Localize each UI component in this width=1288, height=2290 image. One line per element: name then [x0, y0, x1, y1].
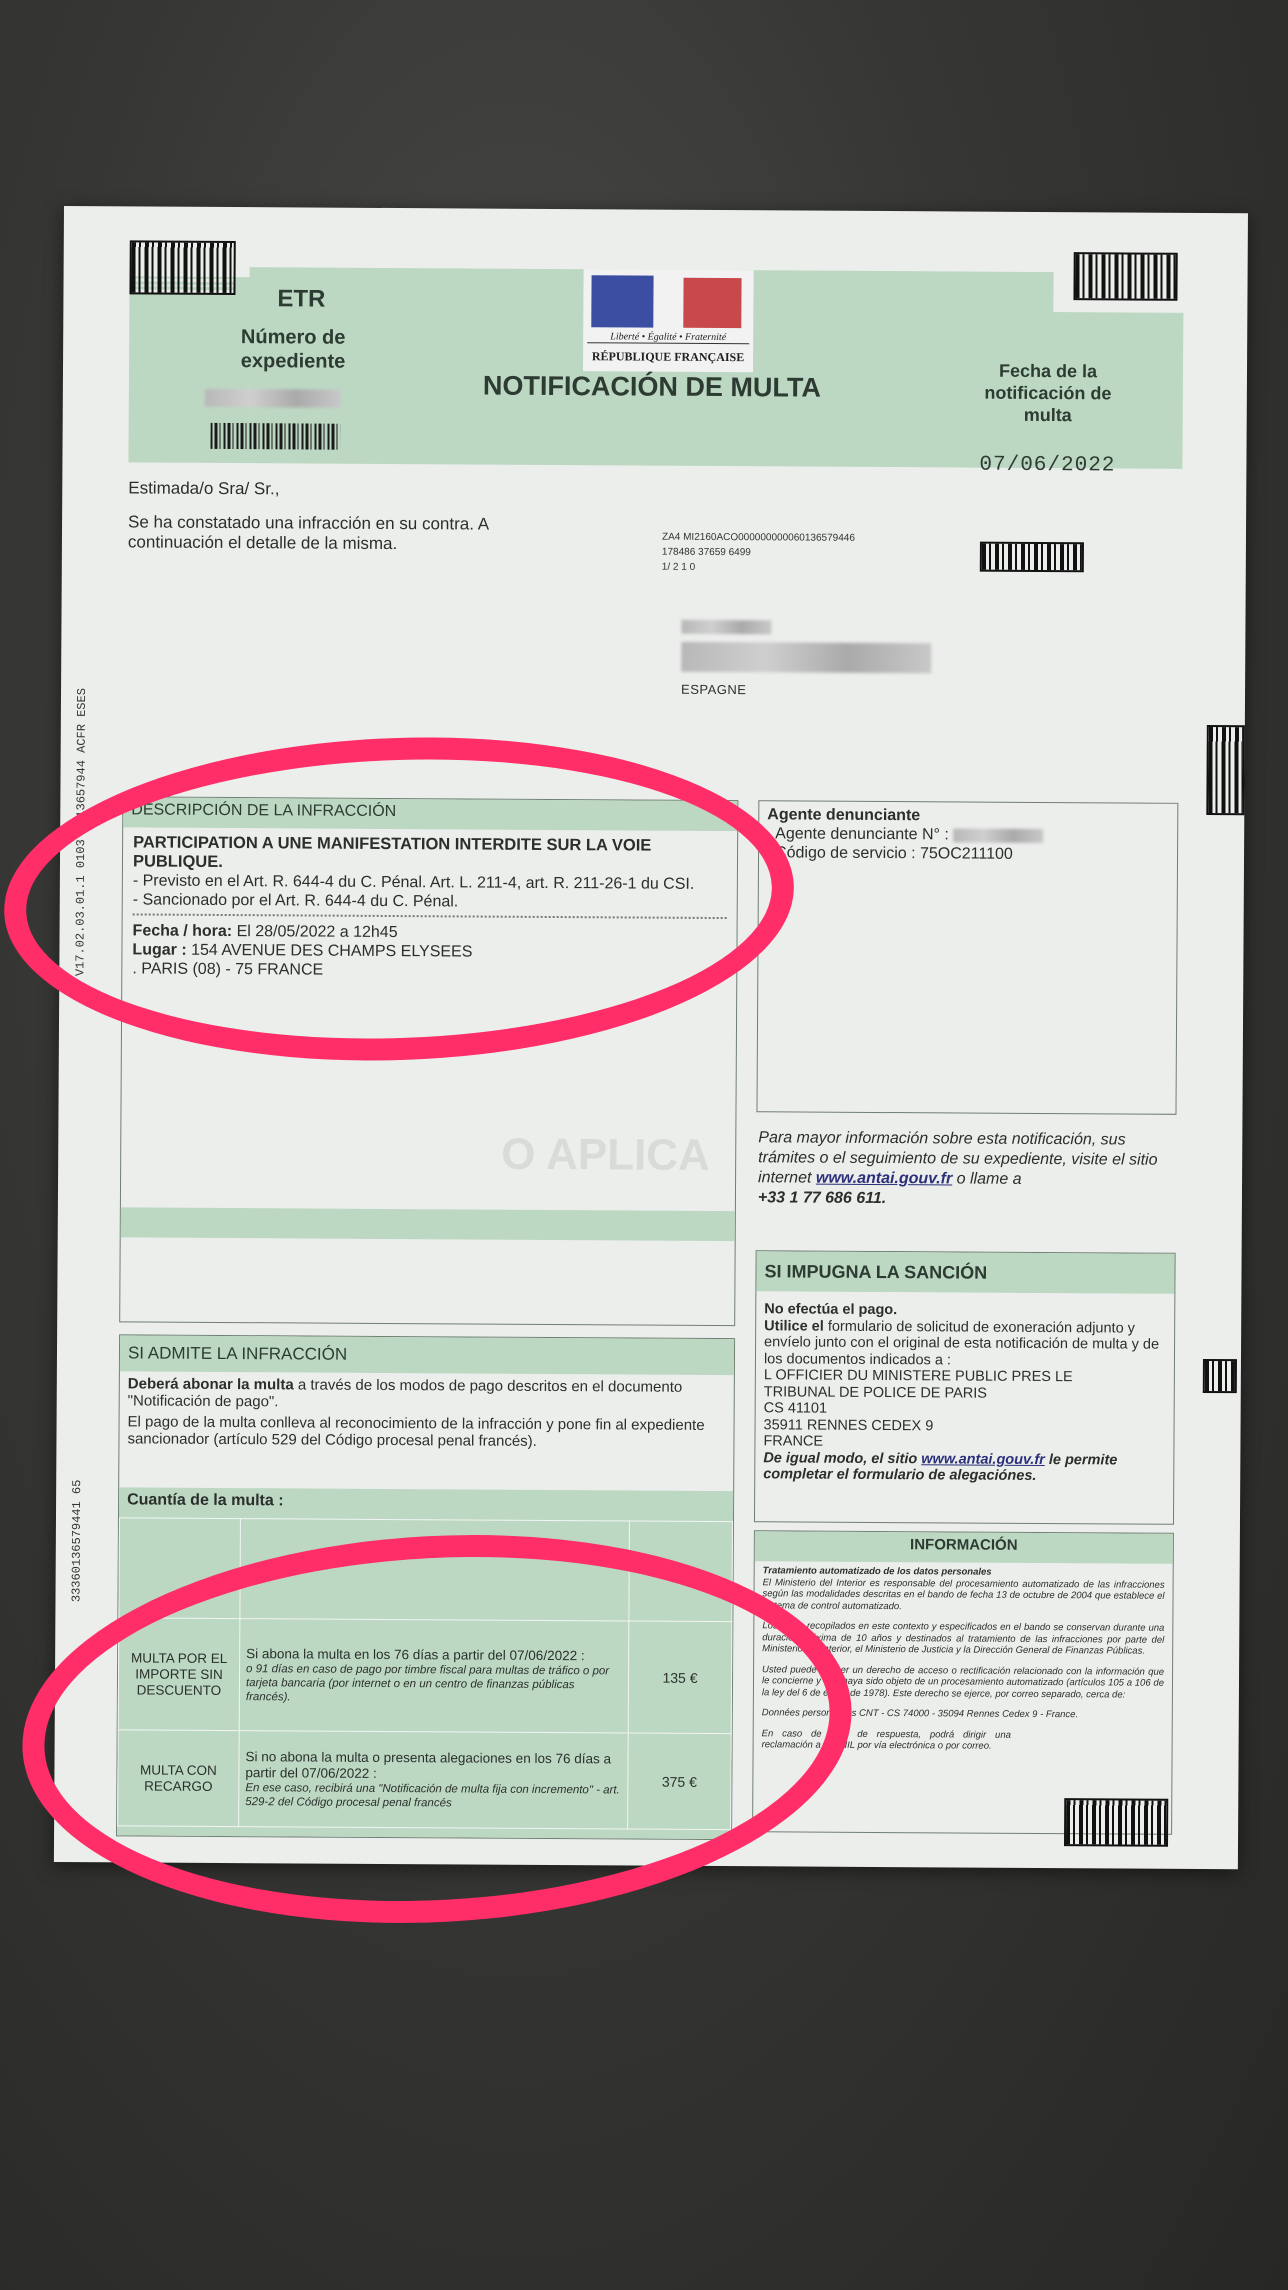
admit-heading: SI ADMITE LA INFRACCIÓN — [120, 1335, 734, 1375]
fine-condition: Si no abona la multa o presenta alegacio… — [245, 1749, 621, 1783]
flag-blue — [591, 275, 653, 327]
fine-amount-heading: Cuantía de la multa : — [119, 1487, 733, 1521]
side-code: V17.02.03.01.1 0103 6013657944 ACFR ESES — [73, 688, 89, 976]
infraction-description-box: DESCRIPCIÓN DE LA INFRACCIÓN PARTICIPATI… — [119, 796, 738, 1326]
table-row: MULTA CON RECARGO Si no abona la multa o… — [118, 1730, 732, 1830]
datetime-value: El 28/05/2022 a 12h45 — [237, 923, 398, 941]
contest-address-line: L OFFICIER DU MINISTERE PUBLIC PRES LE — [764, 1367, 1166, 1386]
admit-infraction-box: SI ADMITE LA INFRACCIÓN Deberá abonar la… — [116, 1334, 735, 1840]
information-paragraph: Los datos recopilados en este contexto y… — [762, 1620, 1164, 1657]
fine-label: MULTA POR EL IMPORTE SIN DESCUENTO — [118, 1618, 240, 1731]
redacted-file-number — [205, 389, 341, 408]
datetime-label: Fecha / hora: — [133, 922, 233, 940]
section-bar — [121, 1207, 735, 1241]
side-code: 33360136579441 65 — [69, 1480, 84, 1603]
fine-amount-section: Cuantía de la multa : MULTA POR EL IMPOR… — [117, 1487, 733, 1839]
file-number-label: Número de expediente — [223, 325, 363, 374]
fine-amount: 135 € — [628, 1621, 732, 1734]
place-label: Lugar : — [132, 941, 186, 958]
offense-title: PARTICIPATION A UNE MANIFESTATION INTERD… — [133, 833, 727, 875]
sanction-basis: - Sancionado por el Art. R. 644-4 du C. … — [133, 890, 727, 913]
redacted-address — [681, 642, 931, 674]
redacted-recipient — [681, 620, 771, 635]
fine-note: o 91 días en caso de pago por timbre fis… — [246, 1662, 622, 1706]
reference-line: 1/ 2 1 0 — [662, 560, 855, 576]
table-row: MULTA POR EL IMPORTE SIN DESCUENTO Si ab… — [118, 1618, 732, 1734]
phone-number: +33 1 77 686 611. — [758, 1189, 886, 1207]
datamatrix-code — [980, 542, 1084, 573]
datamatrix-code — [1073, 252, 1177, 301]
agent-heading: Agente denunciante — [767, 805, 1169, 826]
datamatrix-code — [1206, 725, 1245, 815]
agent-number: . Agente denunciante N° : — [767, 824, 1169, 845]
fine-amount-table: MULTA POR EL IMPORTE SIN DESCUENTO Si ab… — [117, 1517, 733, 1830]
antai-link[interactable]: www.antai.gouv.fr — [816, 1170, 952, 1188]
use-label: Utilice el — [764, 1318, 824, 1334]
no-pay-note: No efectúa el pago. — [764, 1301, 1166, 1320]
intro-text: Se ha constatado una infracción en su co… — [128, 512, 548, 555]
agent-number-label: . Agente denunciante N° : — [767, 825, 949, 843]
service-code: Código de servicio : 75OC211100 — [767, 843, 1169, 864]
greeting: Estimada/o Sra/ Sr., — [128, 478, 279, 499]
datamatrix-code — [1203, 1359, 1237, 1393]
redacted-agent-number — [953, 828, 1043, 843]
logo-motto: Liberté • Égalité • Fraternité — [587, 331, 749, 344]
datamatrix-code — [129, 240, 235, 295]
fine-condition: Si abona la multa en los 76 días a parti… — [246, 1646, 622, 1664]
notification-date-label: Fecha de la notificación de multa — [963, 359, 1133, 426]
logo-name: RÉPUBLIQUE FRANÇAISE — [587, 349, 749, 365]
page-title: NOTIFICACIÓN DE MULTA — [483, 371, 821, 404]
reference-codes: ZA4 MI2160ACO000000000060136579446 17848… — [662, 530, 855, 576]
fine-label: MULTA CON RECARGO — [118, 1730, 240, 1827]
contest-address-line: 35911 RENNES CEDEX 9 — [764, 1417, 1166, 1436]
fine-note: En ese caso, recibirá una "Notificación … — [245, 1781, 621, 1811]
reference-line: ZA4 MI2160ACO000000000060136579446 — [662, 530, 855, 546]
datamatrix-code — [1064, 1798, 1168, 1847]
watermark: O APLICA — [501, 1130, 710, 1181]
information-paragraph: El Ministerio del Interior es responsabl… — [762, 1577, 1164, 1614]
information-paragraph: Données personnelles CNT - CS 74000 - 35… — [762, 1707, 1164, 1721]
contest-heading: SI IMPUGNA LA SANCIÓN — [756, 1251, 1174, 1294]
information-paragraph: En caso de falta de respuesta, podrá dir… — [762, 1728, 1011, 1753]
fine-amount: 375 € — [628, 1733, 732, 1830]
contest-instructions: Utilice el formulario de solicitud de ex… — [764, 1318, 1166, 1370]
antai-link[interactable]: www.antai.gouv.fr — [921, 1451, 1045, 1468]
online-text-before: De igual modo, el sitio — [763, 1450, 917, 1467]
use-text: formulario de solicitud de exoneración a… — [764, 1318, 1159, 1368]
infraction-heading: DESCRIPCIÓN DE LA INFRACCIÓN — [123, 797, 737, 831]
pay-label: Deberá abonar la multa — [128, 1375, 294, 1393]
form-code: ETR — [277, 285, 325, 313]
fine-notice-document: ETR Número de expediente Liberté • Égali… — [54, 206, 1248, 1869]
offense-city: . PARIS (08) - 75 FRANCE — [132, 959, 726, 982]
table-row — [119, 1518, 733, 1622]
payment-consequence: El pago de la multa conlleva al reconoci… — [127, 1413, 725, 1451]
notification-date: 07/06/2022 — [962, 453, 1132, 477]
divider — [133, 913, 727, 919]
more-info-text-after: o llame a — [957, 1170, 1022, 1187]
information-box: INFORMACIÓN Tratamiento automatizado de … — [752, 1530, 1174, 1835]
information-paragraph: Usted puede ejercer un derecho de acceso… — [762, 1664, 1164, 1701]
information-heading: INFORMACIÓN — [755, 1531, 1173, 1564]
recipient-country: ESPAGNE — [681, 682, 746, 697]
flag-red — [683, 278, 741, 328]
contest-sanction-box: SI IMPUGNA LA SANCIÓN No efectúa el pago… — [754, 1250, 1176, 1525]
contest-address-line: CS 41101 — [764, 1400, 1166, 1419]
place-value: 154 AVENUE DES CHAMPS ELYSEES — [191, 942, 472, 961]
republique-francaise-logo: Liberté • Égalité • Fraternité RÉPUBLIQU… — [583, 269, 754, 372]
reference-line: 178486 37659 6499 — [662, 545, 855, 561]
contest-online: De igual modo, el sitio www.antai.gouv.f… — [763, 1450, 1165, 1485]
barcode — [211, 423, 341, 450]
more-info-text: Para mayor información sobre esta notifi… — [758, 1128, 1178, 1211]
reporting-agent-box: Agente denunciante . Agente denunciante … — [756, 800, 1178, 1115]
